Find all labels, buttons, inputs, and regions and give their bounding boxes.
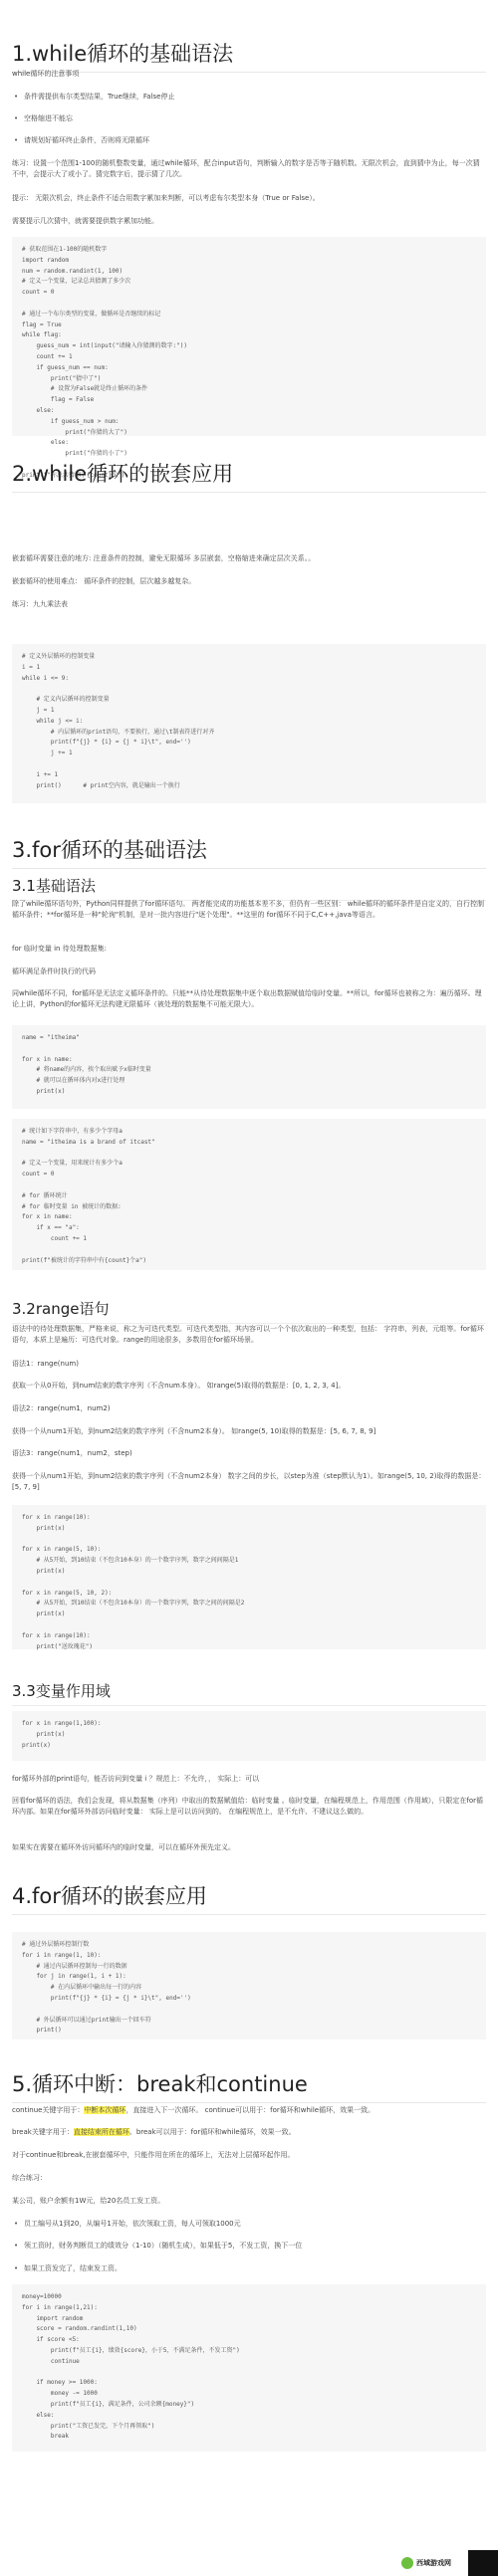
code-block: # 统计如下字符串中，有多少个字母a name = "itheima is a …	[12, 1119, 486, 1270]
watermark-badge: 西域游戏网	[398, 2550, 468, 2576]
section-3-2-title: 3.2range语句	[12, 1298, 486, 1324]
code-block: # 获取范围在1-100的随机数字 import random num = ra…	[12, 237, 486, 436]
section-1-intro: while循环的注意事项	[12, 69, 486, 80]
break-suffix: 。break可以用于：for循环和while循环，效果一致。	[129, 2128, 296, 2136]
list-item: 条件需提供布尔类型结果，True继续，False停止	[24, 92, 174, 103]
list-item: 如果工资发完了，结束发工资。	[24, 2263, 122, 2274]
range-syntax-3: 语法3：range(num1，num2，step)	[12, 1448, 486, 1459]
section-3-3-p3: 如果实在需要在循环外访问循环内的临时变量，可以在循环外预先定义。	[12, 1842, 486, 1853]
section-3-1-title: 3.1基础语法	[12, 875, 486, 901]
note-text: 需要提示几次猜中，就需要提供数字累加功能。	[12, 216, 486, 227]
code-block: # 定义外层循环的控制变量 i = 1 while i <= 9: # 定义内层…	[12, 644, 486, 803]
continue-description: continue关键字用于：中断本次循环，直接进入下一次循环。 continue…	[12, 2105, 486, 2116]
code-content: # 定义外层循环的控制变量 i = 1 while i <= 9: # 定义内层…	[22, 652, 476, 791]
list-item: 领工资时，财务判断员工的绩效分（1-10）（随机生成），如果低于5，不发工资，换…	[24, 2241, 302, 2252]
section-5-p5: 某公司，账户余额有1W元，给20名员工发工资。	[12, 2196, 486, 2207]
range-desc-2: 获得一个从num1开始，到num2结束的数字序列（不含num2本身）。 如ran…	[12, 1426, 486, 1437]
section-3-1-p1: 除了while循环语句外，Python同样提供了for循环语句。 两者能完成的功…	[12, 899, 486, 921]
range-syntax-2: 语法2：range(num1，num2)	[12, 1403, 486, 1414]
section-3-3-p2: 回看for循环的语法，我们会发现，将从数据集（序列）中取出的数据赋值给：临时变量…	[12, 1796, 486, 1818]
range-desc-1: 获取一个从0开始，到num结束的数字序列（不含num本身）。 如range(5)…	[12, 1381, 486, 1392]
code-block: # 通过外层循环控制行数 for i in range(1, 10): # 通过…	[12, 1932, 486, 2039]
section-3-title: 3.for循环的基础语法	[12, 836, 486, 869]
continue-prefix: continue关键字用于：	[12, 2106, 84, 2114]
watermark-text: 西域游戏网	[416, 2558, 451, 2568]
code-content: money=10000 for i in range(1,21): import…	[22, 2292, 476, 2443]
code-block: name = "itheima" for x in name: # 将name的…	[12, 1025, 486, 1109]
break-highlight: 直接结束所在循环	[74, 2128, 129, 2136]
code-block: money=10000 for i in range(1,21): import…	[12, 2284, 486, 2452]
list-item: 员工编号从1到20，从编号1开始，依次领取工资，每人可领取1000元	[24, 2219, 241, 2230]
range-syntax-1: 语法1：range(num)	[12, 1359, 486, 1370]
continue-suffix: ，直接进入下一次循环。 continue可以用于：for循环和while循环，效…	[125, 2106, 374, 2114]
continue-highlight: 中断本次循环	[84, 2106, 125, 2114]
section-3-3-p1: for循环外部的print语句，能否访问到变量 i ？规范上：不允许，， 实际上…	[12, 1774, 486, 1785]
exercise-text: 练习：设置一个范围1-100的随机整数变量，通过while循环，配合input语…	[12, 158, 486, 180]
section-3-1-p4: 同while循环不同，for循环是无法定义循环条件的。只能**从待处理数据集中逐…	[12, 988, 486, 1010]
section-2-p1: 嵌套循环需要注意的地方: 注意条件的控制，避免无限循环 多层嵌套，空格缩进来确定…	[12, 553, 486, 564]
code-content: name = "itheima" for x in name: # 将name的…	[22, 1033, 476, 1098]
watermark: 西域游戏网	[398, 2550, 498, 2576]
section-5-title: 5.循环中断：break和continue	[12, 2070, 486, 2103]
break-prefix: break关键字用于：	[12, 2128, 74, 2136]
hint-text: 提示： 无限次机会，终止条件不适合用数字累加来判断，可以考虑布尔类型本身（Tru…	[12, 193, 486, 204]
watermark-logo-icon	[401, 2557, 413, 2569]
code-block: for x in range(1,100): print(x) print(x)	[12, 1711, 486, 1761]
break-description: break关键字用于：直接结束所在循环。break可以用于：for循环和whil…	[12, 2127, 486, 2138]
code-content: # 获取范围在1-100的随机数字 import random num = ra…	[22, 245, 476, 482]
list-item: 请规划好循环终止条件，否则将无限循环	[24, 135, 149, 146]
section-3-1-p3: 循环满足条件时执行的代码	[12, 966, 486, 977]
section-2-p3: 练习：九九乘法表	[12, 599, 486, 610]
section-4-title: 4.for循环的嵌套应用	[12, 1882, 486, 1915]
section-2-title: 2.while循环的嵌套应用	[12, 460, 486, 493]
range-desc-3: 获得一个从num1开始，到num2结束的数字序列（不含num2本身） 数字之间的…	[12, 1471, 486, 1493]
section-3-1-p2: for 临时变量 in 待处理数据集:	[12, 944, 486, 955]
list-item: 空格缩进不能忘	[24, 113, 73, 124]
code-block: for x in range(10): print(x) for x in ra…	[12, 1505, 486, 1649]
section-3-2-p1: 语法中的待处理数据集，严格来说，称之为可迭代类型。可迭代类型指，其内容可以一个个…	[12, 1324, 486, 1346]
code-content: # 通过外层循环控制行数 for i in range(1, 10): # 通过…	[22, 1940, 476, 2037]
section-5-p4: 综合练习：	[12, 2173, 486, 2184]
code-content: for x in range(1,100): print(x) print(x)	[22, 1719, 476, 1751]
code-content: for x in range(10): print(x) for x in ra…	[22, 1513, 476, 1652]
section-5-p3: 对于continue和break,在嵌套循环中，只能作用在所在的循环上，无法对上…	[12, 2150, 486, 2161]
section-3-3-title: 3.3变量作用域	[12, 1680, 486, 1706]
section-2-p2: 嵌套循环的使用难点： 循环条件的控制，层次越多越复杂。	[12, 576, 486, 587]
code-content: # 统计如下字符串中，有多少个字母a name = "itheima is a …	[22, 1127, 476, 1266]
